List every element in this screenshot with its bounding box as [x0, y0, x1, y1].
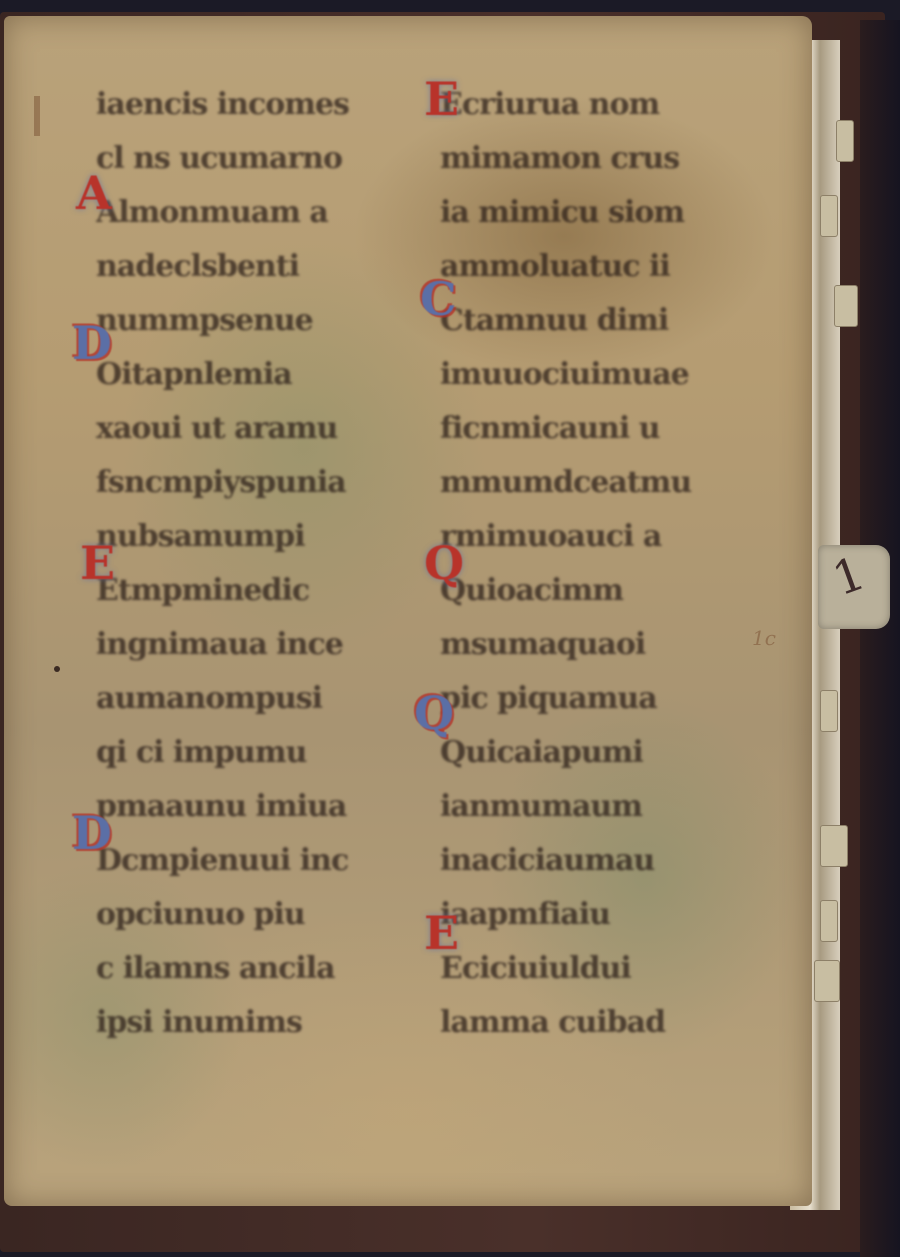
text-line: Ctamnuu dimi	[440, 294, 730, 348]
manuscript-leaf: 1c iaencis incomes cl ns ucumarno Almonm…	[4, 16, 812, 1206]
binding-edge	[860, 20, 900, 1257]
text-line: fsncmpiyspunia	[96, 456, 386, 510]
text-line: xaoui ut aramu	[96, 402, 386, 456]
index-tab	[820, 825, 848, 867]
text-line: iaencis incomes	[96, 78, 386, 132]
text-line: Dcmpienuui inc	[96, 834, 386, 888]
text-line: ipsi inumims	[96, 996, 386, 1050]
text-line: mmumdceatmu	[440, 456, 730, 510]
text-line: iaapmfiaiu	[440, 888, 730, 942]
text-line: Etmpminedic	[96, 564, 386, 618]
text-line: Quioacimm	[440, 564, 730, 618]
index-tab	[820, 690, 838, 732]
initial-letter: Q	[414, 686, 454, 740]
text-line: nummpsenue	[96, 294, 386, 348]
initial-letter: A	[76, 166, 112, 220]
initial-letter: D	[72, 316, 112, 370]
text-line: Almonmuam a	[96, 186, 386, 240]
text-line: nadeclsbenti	[96, 240, 386, 294]
index-tab	[820, 195, 838, 237]
index-tab	[814, 960, 840, 1002]
text-line: rmimuoauci a	[440, 510, 730, 564]
initial-letter: E	[80, 536, 115, 590]
text-line: pmaaunu imiua	[96, 780, 386, 834]
text-line: Oitapnlemia	[96, 348, 386, 402]
initial-letter: Q	[424, 536, 464, 590]
right-text-column: Ecriurua nom mimamon crus ia mimicu siom…	[440, 78, 730, 1050]
text-line: nubsamumpi	[96, 510, 386, 564]
index-tab	[820, 900, 838, 942]
folio-tab: 1	[818, 545, 890, 629]
pinhole	[54, 666, 60, 672]
initial-letter: C	[420, 272, 457, 326]
text-line: ingnimaua ince	[96, 618, 386, 672]
text-line: qi ci impumu	[96, 726, 386, 780]
text-line: aumanompusi	[96, 672, 386, 726]
margin-stain	[34, 96, 40, 136]
initial-letter: E	[424, 906, 459, 960]
text-line: ammoluatuc ii	[440, 240, 730, 294]
text-line: lamma cuibad	[440, 996, 730, 1050]
text-line: ia mimicu siom	[440, 186, 730, 240]
text-line: ficnmicauni u	[440, 402, 730, 456]
text-line: imuuociuimuae	[440, 348, 730, 402]
text-line: Quicaiapumi	[440, 726, 730, 780]
text-line: Eciciuiuldui	[440, 942, 730, 996]
text-line: ianmumaum	[440, 780, 730, 834]
left-text-column: iaencis incomes cl ns ucumarno Almonmuam…	[96, 78, 386, 1050]
pencil-note: 1c	[752, 626, 776, 650]
index-tab	[834, 285, 858, 327]
initial-letter: D	[72, 806, 112, 860]
text-line: msumaquaoi	[440, 618, 730, 672]
text-line: cl ns ucumarno	[96, 132, 386, 186]
text-line: opciunuo piu	[96, 888, 386, 942]
text-line: inaciciaumau	[440, 834, 730, 888]
folio-number: 1	[826, 546, 872, 607]
initial-letter: E	[424, 72, 459, 126]
index-tab	[836, 120, 854, 162]
text-line: pic piquamua	[440, 672, 730, 726]
text-line: Ecriurua nom	[440, 78, 730, 132]
text-line: c ilamns ancila	[96, 942, 386, 996]
text-line: mimamon crus	[440, 132, 730, 186]
